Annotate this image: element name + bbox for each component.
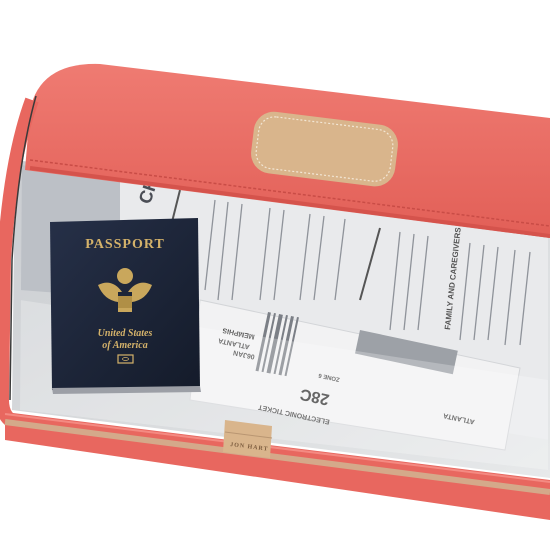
product-photo: CHECKL FAMILY AND CARE [0, 0, 550, 550]
brand-tag[interactable]: JON HART [223, 420, 272, 458]
passport-title: PASSPORT [85, 237, 165, 252]
passport-country-line1: United States [98, 328, 153, 339]
passport: PASSPORT United States of America [50, 218, 201, 394]
passport-country-line2: of America [102, 340, 147, 351]
